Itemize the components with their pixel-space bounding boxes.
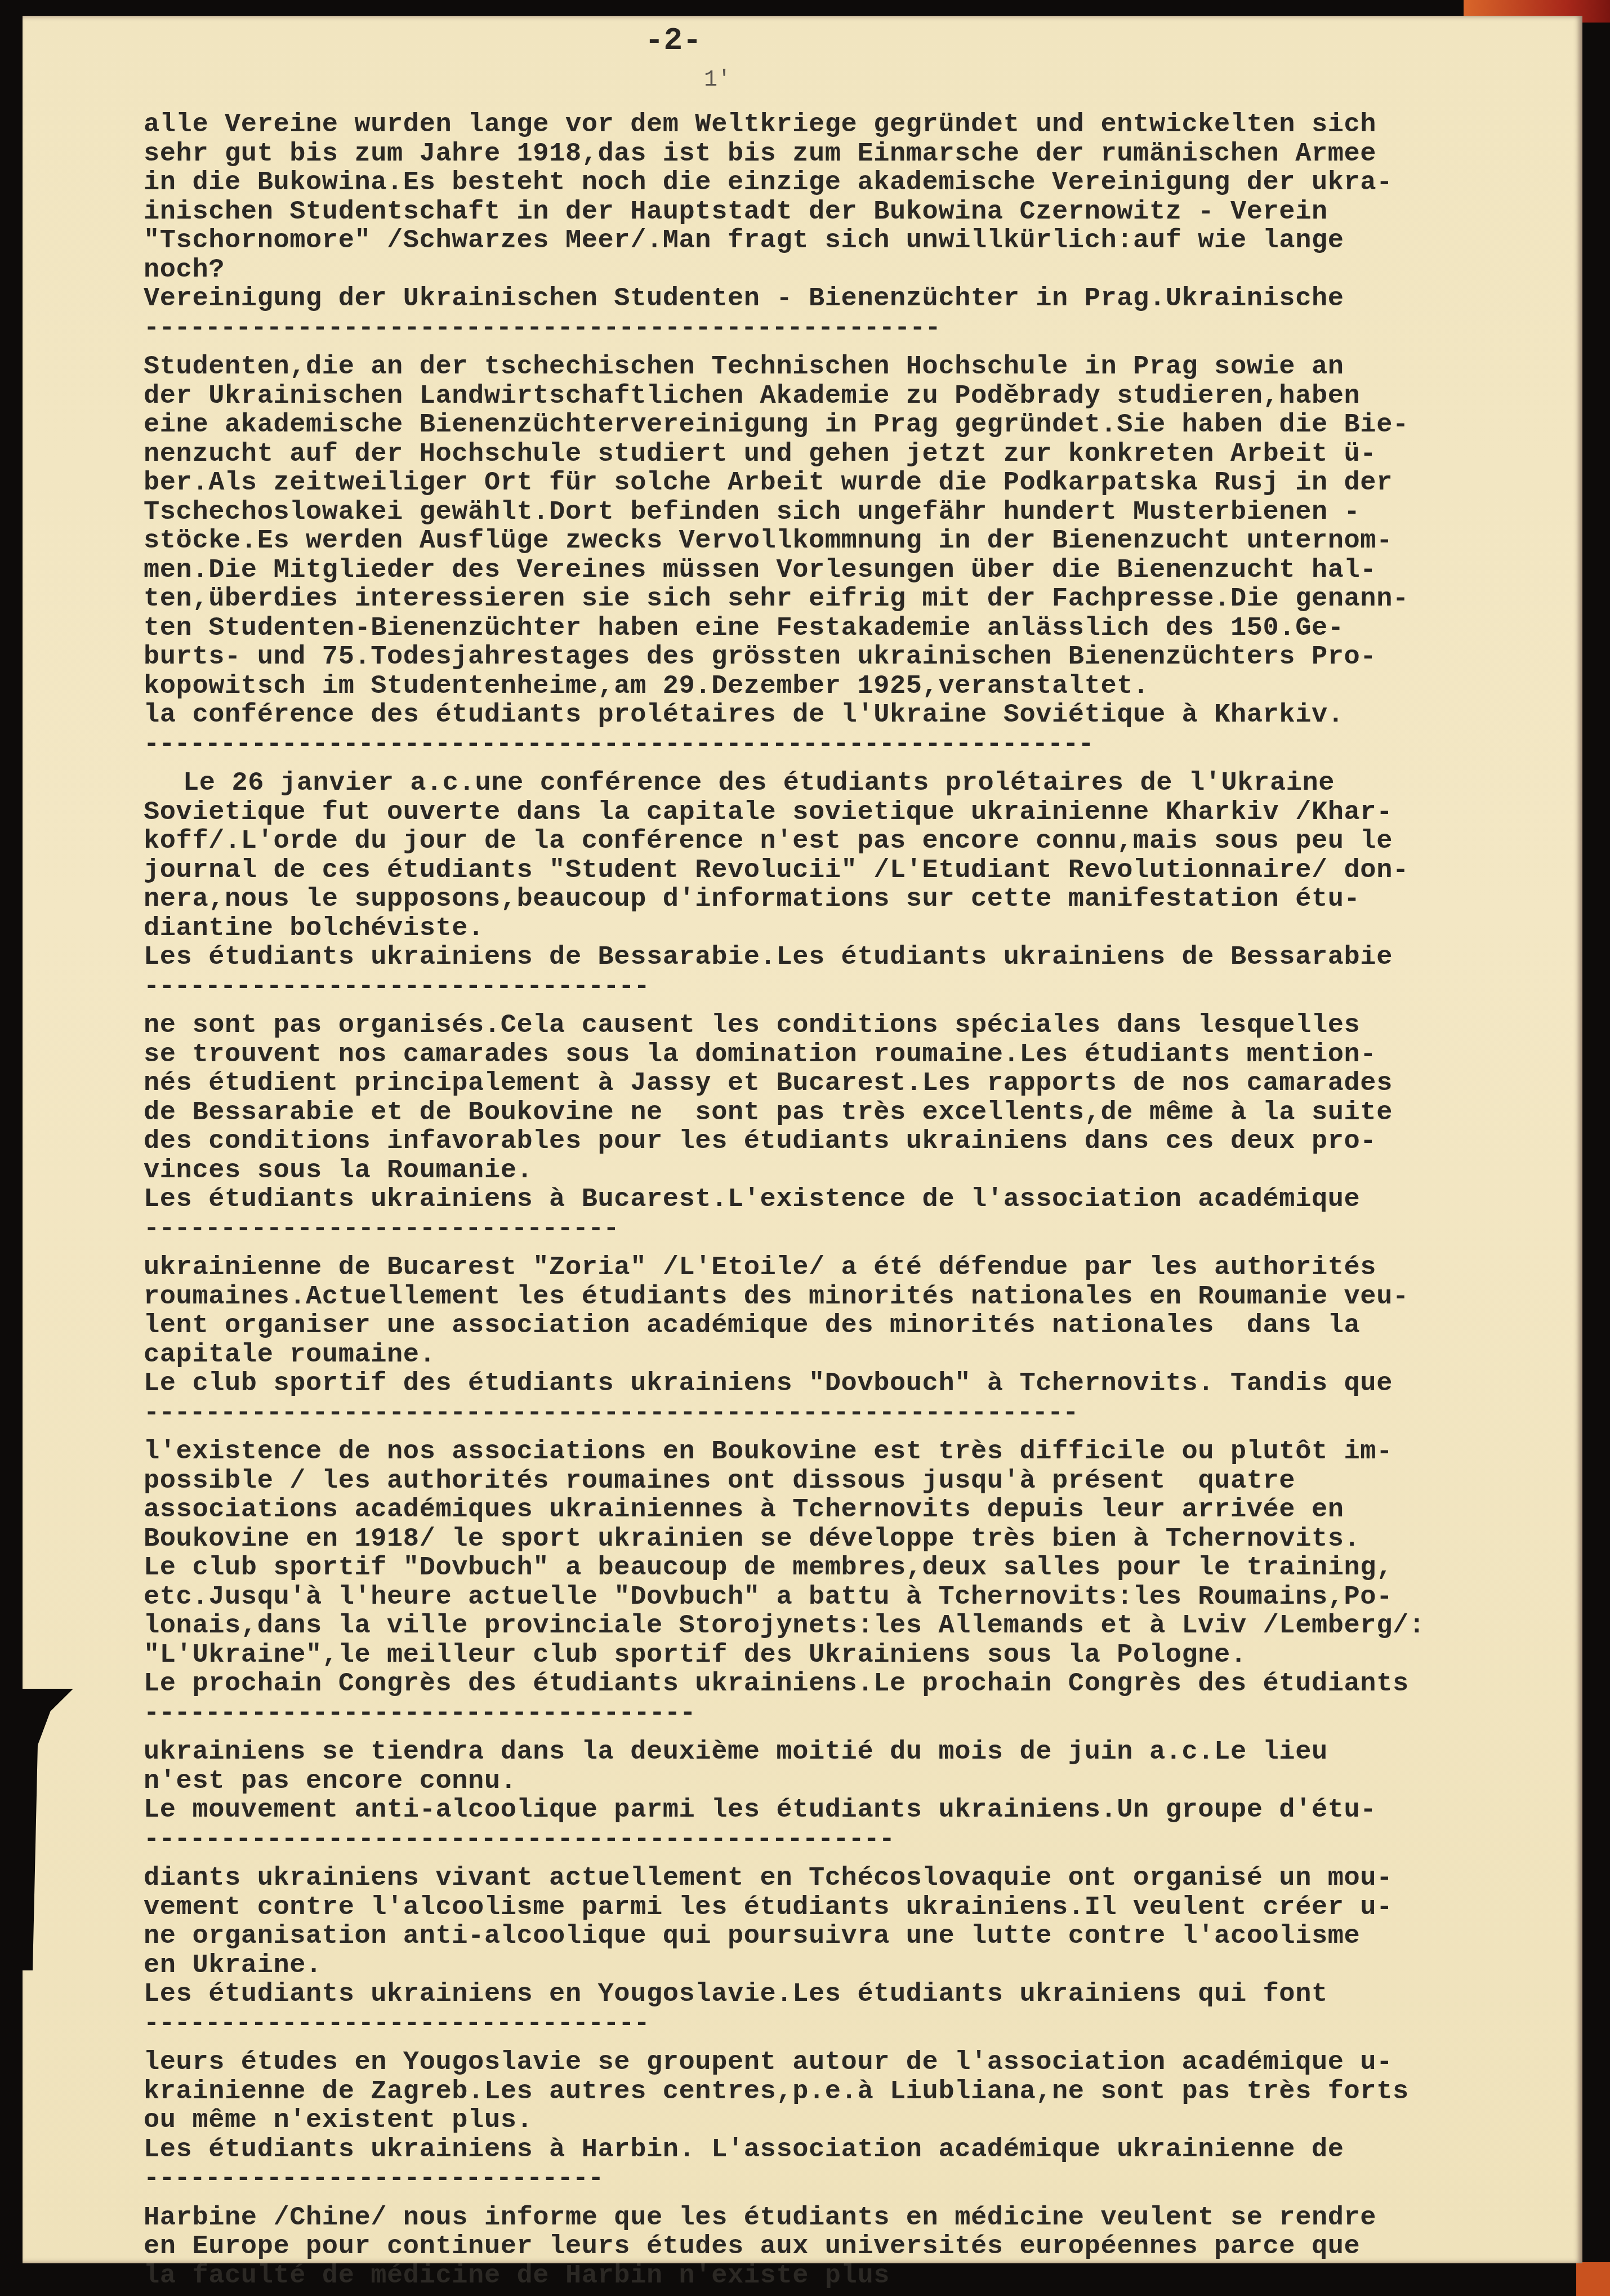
spacer xyxy=(144,1001,1506,1011)
text-line: de Bessarabie et de Boukovine ne sont pa… xyxy=(144,1098,1506,1128)
text-line: ou même n'existent plus. xyxy=(144,2106,1506,2135)
margin-mark: 1' xyxy=(704,68,731,93)
section-bukowina-continuation: alle Vereine wurden lange vor dem Weltkr… xyxy=(144,110,1506,284)
text-line: eine akademische Bienenzüchtervereinigun… xyxy=(144,411,1506,440)
spacer xyxy=(144,1427,1506,1438)
text-line: Studenten,die an der tschechischen Techn… xyxy=(144,353,1506,382)
text-line: Harbine /Chine/ nous informe que les étu… xyxy=(144,2204,1506,2233)
text-line: nera,nous le supposons,beaucoup d'inform… xyxy=(144,885,1506,914)
section-yougoslavie: Les étudiants ukrainiens en Yougoslavie.… xyxy=(144,1980,1506,2135)
section-anti-alcoolique: Le mouvement anti-alcoolique parmi les é… xyxy=(144,1796,1506,1980)
heading-underline-rule: ----------------------------------------… xyxy=(144,314,1506,343)
text-line: associations académiques ukrainiennes à … xyxy=(144,1496,1506,1525)
section-bienenzuechter-prag: Vereinigung der Ukrainischen Studenten -… xyxy=(144,284,1506,701)
text-line: alle Vereine wurden lange vor dem Weltkr… xyxy=(144,110,1506,140)
text-line: ne organisation anti-alcoolique qui pour… xyxy=(144,1922,1506,1951)
spacer xyxy=(144,1243,1506,1253)
text-line: koff/.L'orde du jour de la conférence n'… xyxy=(144,827,1506,856)
section-heading: Le mouvement anti-alcoolique parmi les é… xyxy=(144,1796,1506,1825)
section-heading: la conférence des étudiants prolétaires … xyxy=(144,701,1506,730)
text-line: Sovietique fut ouverte dans la capitale … xyxy=(144,798,1506,827)
text-line: ne sont pas organisés.Cela causent les c… xyxy=(144,1011,1506,1040)
text-line: Boukovine en 1918/ le sport ukrainien se… xyxy=(144,1525,1506,1554)
text-line: stöcke.Es werden Ausflüge zwecks Vervoll… xyxy=(144,527,1506,556)
heading-underline-rule: ----------------------------------------… xyxy=(144,730,1506,759)
torn-margin xyxy=(23,1689,73,1970)
text-line: ber.Als zeitweiliger Ort für solche Arbe… xyxy=(144,469,1506,498)
text-line: in die Bukowina.Es besteht noch die einz… xyxy=(144,168,1506,198)
text-line: Tschechoslowakei gewählt.Dort befinden s… xyxy=(144,498,1506,527)
text-line: vement contre l'alcoolisme parmi les étu… xyxy=(144,1893,1506,1923)
heading-underline-rule: ------------------------------ xyxy=(144,2164,1506,2193)
text-line: ukrainienne de Bucarest "Zoria" /L'Etoil… xyxy=(144,1253,1506,1283)
text-line: se trouvent nos camarades sous la domina… xyxy=(144,1040,1506,1070)
text-line: leurs études en Yougoslavie se groupent … xyxy=(144,2048,1506,2077)
text-line: burts- und 75.Todesjahrestages des gröss… xyxy=(144,643,1506,672)
section-heading: Les étudiants ukrainiens de Bessarabie.L… xyxy=(144,943,1506,972)
text-line: lonais,dans la ville provinciale Storojy… xyxy=(144,1612,1506,1641)
document-body: alle Vereine wurden lange vor dem Weltkr… xyxy=(144,110,1506,2290)
section-bucarest: Les étudiants ukrainiens à Bucarest.L'ex… xyxy=(144,1185,1506,1369)
text-line: lent organiser une association académiqu… xyxy=(144,1311,1506,1341)
section-bessarabie: Les étudiants ukrainiens de Bessarabie.L… xyxy=(144,943,1506,1185)
text-line: vinces sous la Roumanie. xyxy=(144,1156,1506,1186)
text-line: journal de ces étudiants "Student Revolu… xyxy=(144,856,1506,886)
typewritten-page: -2- 1' alle Vereine wurden lange vor dem… xyxy=(23,16,1582,2263)
section-heading: Les étudiants ukrainiens à Bucarest.L'ex… xyxy=(144,1185,1506,1214)
text-line: etc.Jusqu'à l'heure actuelle "Dovbuch" a… xyxy=(144,1583,1506,1612)
section-heading: Vereinigung der Ukrainischen Studenten -… xyxy=(144,284,1506,314)
text-line: capitale roumaine. xyxy=(144,1341,1506,1370)
text-line: Le club sportif "Dovbuch" a beaucoup de … xyxy=(144,1554,1506,1583)
text-line: n'est pas encore connu. xyxy=(144,1767,1506,1796)
text-line: ten,überdies interessieren sie sich sehr… xyxy=(144,585,1506,614)
heading-underline-rule: --------------------------------- xyxy=(144,2009,1506,2039)
spacer xyxy=(144,1728,1506,1738)
section-dovbouch: Le club sportif des étudiants ukrainiens… xyxy=(144,1369,1506,1670)
heading-underline-rule: ------------------------------- xyxy=(144,1214,1506,1244)
section-heading: Les étudiants ukrainiens en Yougoslavie.… xyxy=(144,1980,1506,2009)
text-line: possible / les authorités roumaines ont … xyxy=(144,1467,1506,1496)
spacer xyxy=(144,2193,1506,2204)
scan-background-corner xyxy=(1576,2262,1610,2296)
section-kharkiv-conference: la conférence des étudiants prolétaires … xyxy=(144,701,1506,943)
text-line: der Ukrainischen Landwirtschaftlichen Ak… xyxy=(144,382,1506,411)
text-line: en Europe pour continuer leurs études au… xyxy=(144,2232,1506,2262)
text-line: des conditions infavorables pour les étu… xyxy=(144,1127,1506,1156)
text-line: "L'Ukraine",le meilleur club sportif des… xyxy=(144,1641,1506,1670)
text-line: Le 26 janvier a.c.une conférence des étu… xyxy=(144,769,1506,798)
text-line: men.Die Mitglieder des Vereines müssen V… xyxy=(144,556,1506,585)
heading-underline-rule: ------------------------------------ xyxy=(144,1699,1506,1728)
text-line: inischen Studentschaft in der Hauptstadt… xyxy=(144,198,1506,227)
text-line: diants ukrainiens vivant actuellement en… xyxy=(144,1864,1506,1893)
text-line: diantine bolchéviste. xyxy=(144,914,1506,944)
spacer xyxy=(144,1854,1506,1864)
page-number: -2- xyxy=(645,23,702,59)
section-congres: Le prochain Congrès des étudiants ukrain… xyxy=(144,1670,1506,1796)
text-line: l'existence de nos associations en Bouko… xyxy=(144,1438,1506,1467)
text-line: ten Studenten-Bienenzüchter haben eine F… xyxy=(144,614,1506,643)
text-line: roumaines.Actuellement les étudiants des… xyxy=(144,1283,1506,1312)
text-line: en Ukraine. xyxy=(144,1951,1506,1981)
text-line: sehr gut bis zum Jahre 1918,das ist bis … xyxy=(144,140,1506,169)
section-heading: Le club sportif des étudiants ukrainiens… xyxy=(144,1369,1506,1399)
heading-underline-rule: ----------------------------------------… xyxy=(144,1825,1506,1854)
text-line: "Tschornomore" /Schwarzes Meer/.Man frag… xyxy=(144,226,1506,256)
text-line: nés étudient principalement à Jassy et B… xyxy=(144,1069,1506,1098)
section-heading: Le prochain Congrès des étudiants ukrain… xyxy=(144,1670,1506,1699)
text-line: ukrainiens se tiendra dans la deuxième m… xyxy=(144,1738,1506,1767)
text-line: krainienne de Zagreb.Les autres centres,… xyxy=(144,2077,1506,2107)
text-line: nenzucht auf der Hochschule studiert und… xyxy=(144,440,1506,469)
section-heading: Les étudiants ukrainiens à Harbin. L'ass… xyxy=(144,2135,1506,2165)
spacer xyxy=(144,342,1506,353)
heading-underline-rule: --------------------------------- xyxy=(144,972,1506,1002)
spacer xyxy=(144,759,1506,769)
text-line: noch? xyxy=(144,256,1506,285)
text-line: kopowitsch im Studentenheime,am 29.Dezem… xyxy=(144,672,1506,701)
section-harbin: Les étudiants ukrainiens à Harbin. L'ass… xyxy=(144,2135,1506,2291)
text-line: la faculté de médicine de Harbin n'exist… xyxy=(144,2262,1506,2291)
heading-underline-rule: ----------------------------------------… xyxy=(144,1399,1506,1428)
spacer xyxy=(144,2038,1506,2048)
